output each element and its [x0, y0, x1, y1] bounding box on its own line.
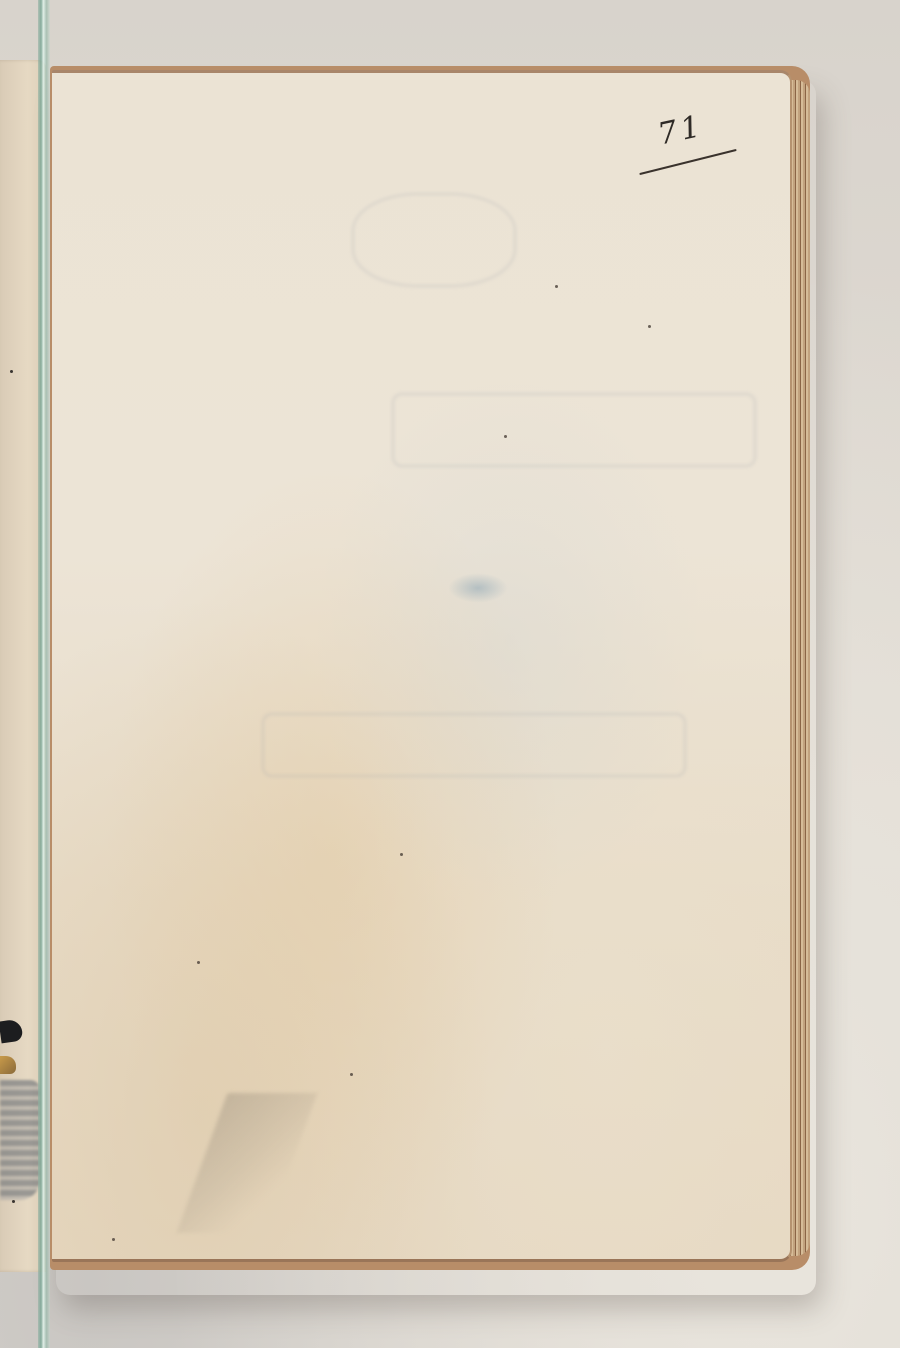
glass-plate-edge — [38, 0, 50, 1348]
ghost-sketch-mark — [352, 193, 516, 287]
ghost-sketch-mark — [392, 393, 756, 467]
blue-wash-mark — [448, 573, 508, 603]
foxing-speck — [10, 370, 13, 373]
ghost-sketch-mark — [262, 713, 686, 777]
painted-figure-wash — [0, 1080, 40, 1200]
foxing-speck — [112, 1238, 115, 1241]
foxing-speck — [504, 435, 507, 438]
foxing-speck — [350, 1073, 353, 1076]
foxing-speck — [197, 961, 200, 964]
page-number-underline — [639, 149, 737, 175]
foxing-speck — [400, 853, 403, 856]
foxing-speck — [12, 1200, 15, 1203]
painted-figure-hat — [0, 1019, 23, 1044]
pencil-smudge — [177, 1093, 318, 1233]
page-number: 71 — [655, 109, 707, 153]
foxing-speck — [648, 325, 651, 328]
foxing-speck — [555, 285, 558, 288]
right-page: 71 — [52, 70, 792, 1262]
painted-figure-accent — [0, 1056, 16, 1074]
